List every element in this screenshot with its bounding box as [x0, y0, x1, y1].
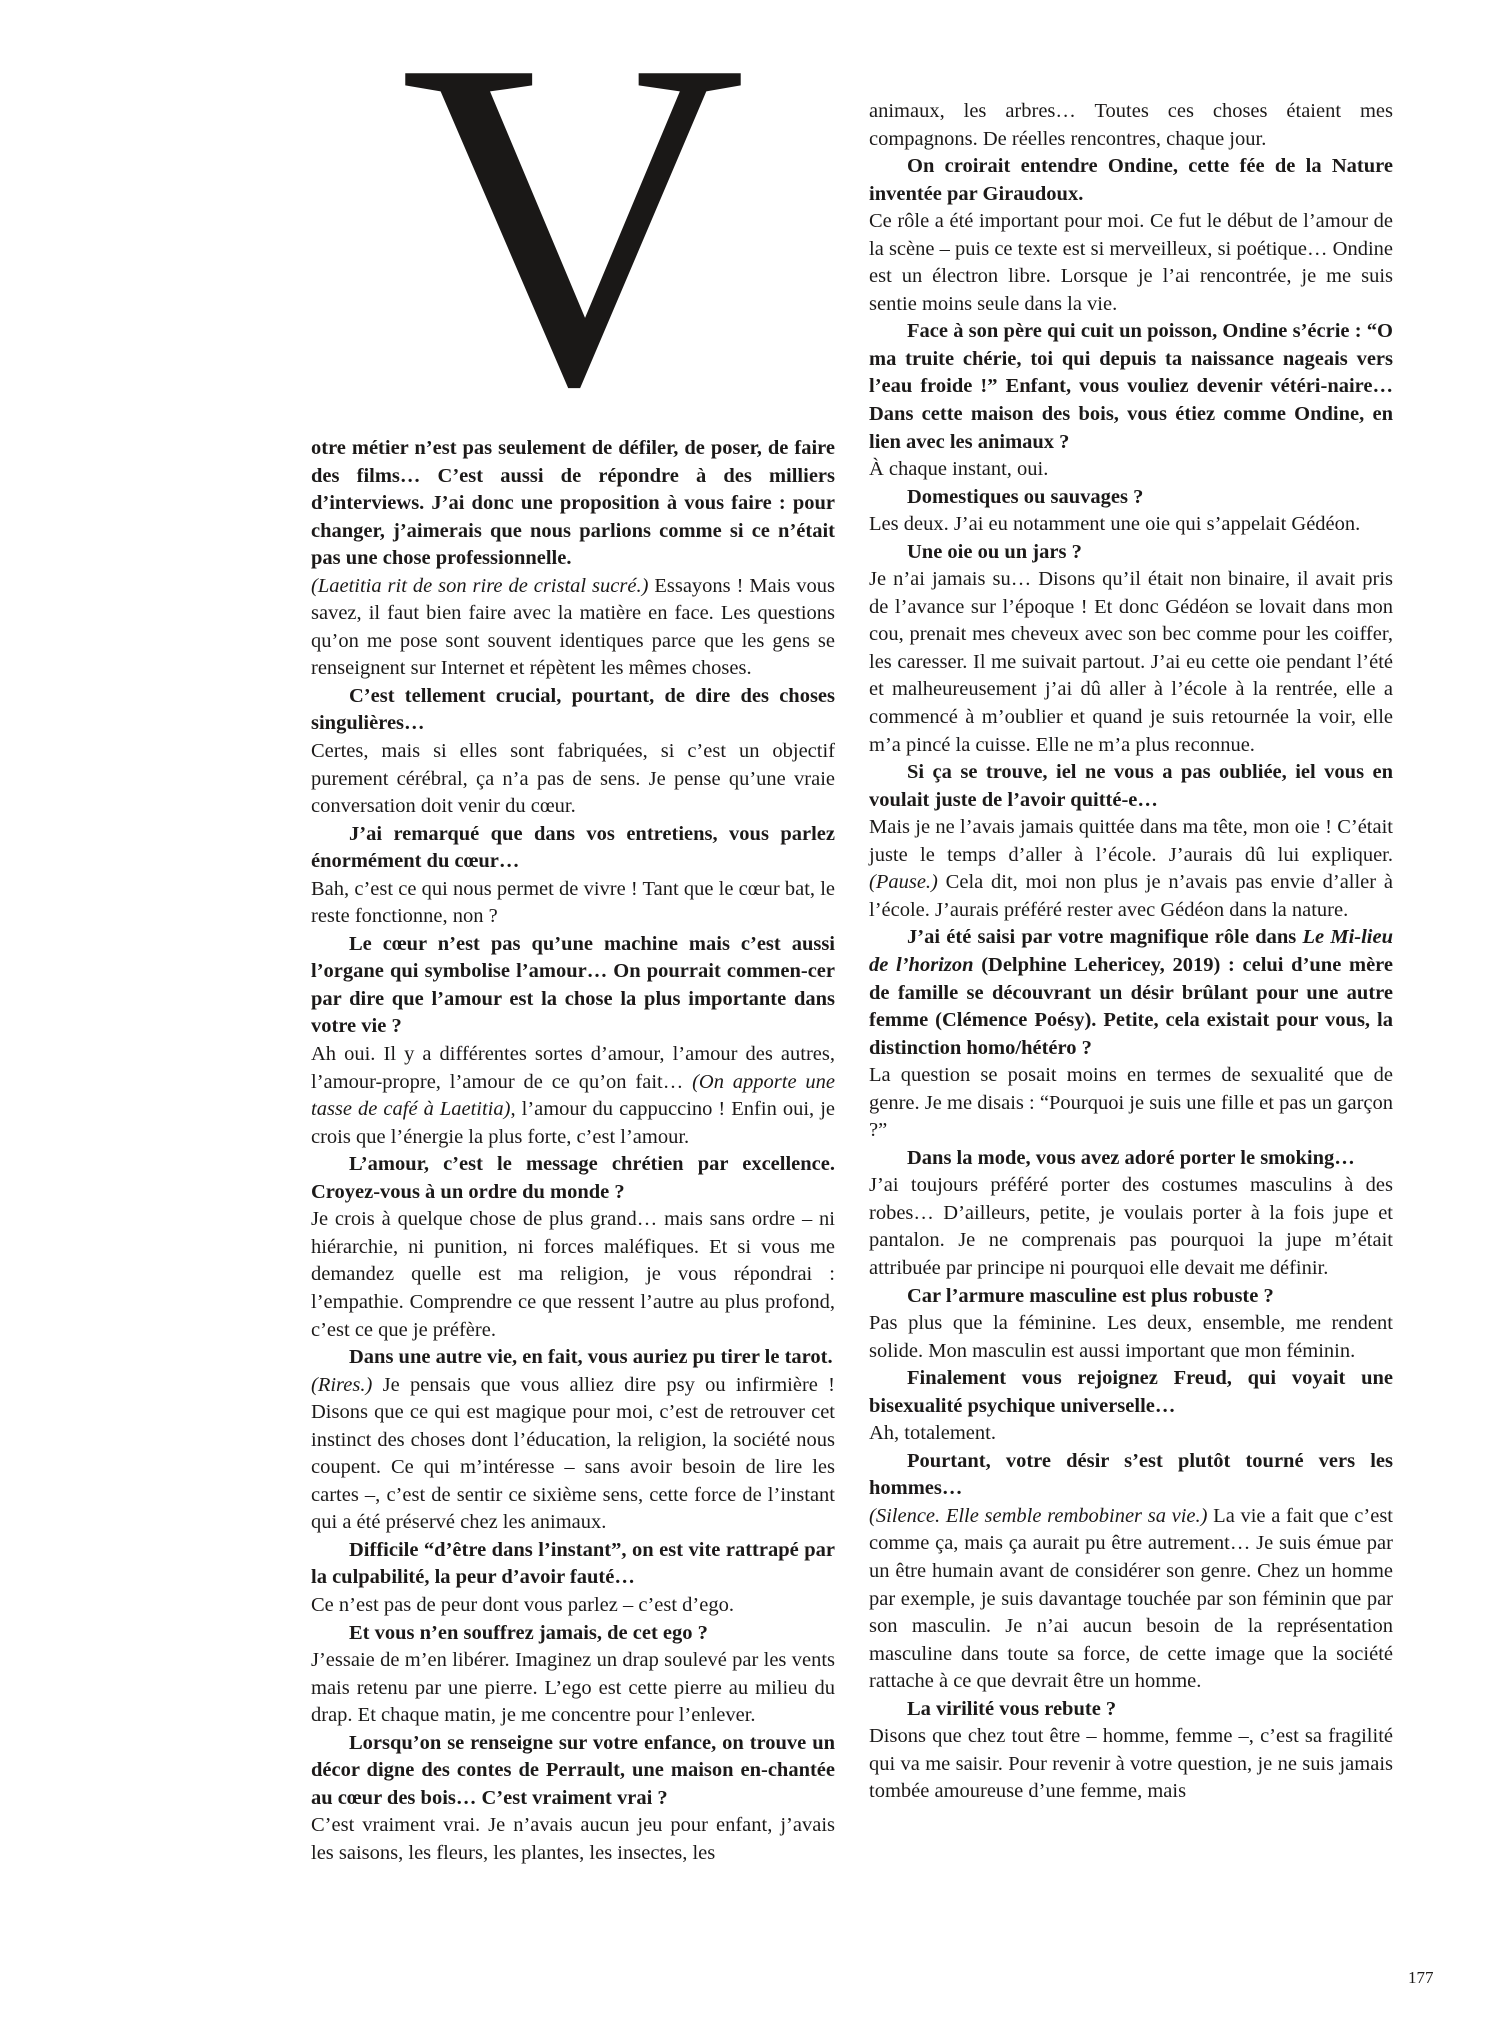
- interview-question: J’ai été saisi par votre magnifique rôle…: [869, 924, 1393, 1062]
- interview-question: Face à son père qui cuit un poisson, Ond…: [869, 318, 1393, 456]
- interview-question: Difficile “d’être dans l’instant”, on es…: [311, 1537, 835, 1592]
- interview-answer: (Laetitia rit de son rire de cristal suc…: [311, 573, 835, 683]
- stage-direction: (Pause.): [869, 871, 938, 893]
- stage-direction: (Laetitia rit de son rire de cristal suc…: [311, 575, 648, 597]
- interview-question: J’ai remarqué que dans vos entretiens, v…: [311, 821, 835, 876]
- interview-question: Pourtant, votre désir s’est plutôt tourn…: [869, 1448, 1393, 1503]
- interview-answer: Ah, totalement.: [869, 1420, 1393, 1448]
- interview-question: otre métier n’est pas seulement de défil…: [311, 435, 835, 573]
- interview-answer: (Silence. Elle semble rembobiner sa vie.…: [869, 1503, 1393, 1696]
- interview-question: Domestiques ou sauvages ?: [869, 484, 1393, 512]
- magazine-page: V otre métier n’est pas seulement de déf…: [0, 0, 1500, 2036]
- stage-direction: (Rires.): [311, 1374, 372, 1396]
- drop-cap-letter: V: [395, 18, 752, 428]
- interview-answer: J’ai toujours préféré porter des costume…: [869, 1172, 1393, 1282]
- interview-answer: Ce rôle a été important pour moi. Ce fut…: [869, 208, 1393, 318]
- interview-question: Dans la mode, vous avez adoré porter le …: [869, 1145, 1393, 1173]
- right-column: animaux, les arbres… Toutes ces choses é…: [869, 98, 1393, 1806]
- interview-answer: Bah, c’est ce qui nous permet de vivre !…: [311, 876, 835, 931]
- interview-answer: La question se posait moins en termes de…: [869, 1062, 1393, 1145]
- interview-answer: Les deux. J’ai eu notamment une oie qui …: [869, 511, 1393, 539]
- interview-question: Car l’armure masculine est plus robuste …: [869, 1283, 1393, 1311]
- interview-question: On croirait entendre Ondine, cette fée d…: [869, 153, 1393, 208]
- left-column: otre métier n’est pas seulement de défil…: [311, 435, 835, 1867]
- interview-answer: animaux, les arbres… Toutes ces choses é…: [869, 98, 1393, 153]
- interview-question: Finalement vous rejoignez Freud, qui voy…: [869, 1365, 1393, 1420]
- interview-question: Une oie ou un jars ?: [869, 539, 1393, 567]
- interview-question: La virilité vous rebute ?: [869, 1696, 1393, 1724]
- interview-answer: C’est vraiment vrai. Je n’avais aucun je…: [311, 1812, 835, 1867]
- interview-answer: Certes, mais si elles sont fabriquées, s…: [311, 738, 835, 821]
- interview-answer: Je n’ai jamais su… Disons qu’il était no…: [869, 566, 1393, 759]
- interview-answer: À chaque instant, oui.: [869, 456, 1393, 484]
- interview-answer: J’essaie de m’en libérer. Imaginez un dr…: [311, 1647, 835, 1730]
- interview-question: Le cœur n’est pas qu’une machine mais c’…: [311, 931, 835, 1041]
- interview-answer: Mais je ne l’avais jamais quittée dans m…: [869, 814, 1393, 924]
- page-number: 177: [1408, 1968, 1434, 1988]
- interview-answer: (Rires.) Je pensais que vous alliez dire…: [311, 1372, 835, 1537]
- interview-question: L’amour, c’est le message chrétien par e…: [311, 1151, 835, 1206]
- interview-answer: Pas plus que la féminine. Les deux, ense…: [869, 1310, 1393, 1365]
- interview-answer: Disons que chez tout être – homme, femme…: [869, 1723, 1393, 1806]
- interview-question: Et vous n’en souffrez jamais, de cet ego…: [311, 1620, 835, 1648]
- stage-direction: (Silence. Elle semble rembobiner sa vie.…: [869, 1505, 1207, 1527]
- interview-answer: Ah oui. Il y a différentes sortes d’amou…: [311, 1041, 835, 1151]
- interview-question: Dans une autre vie, en fait, vous auriez…: [311, 1344, 835, 1372]
- interview-question: Si ça se trouve, iel ne vous a pas oubli…: [869, 759, 1393, 814]
- interview-answer: Je crois à quelque chose de plus grand… …: [311, 1206, 835, 1344]
- interview-answer: Ce n’est pas de peur dont vous parlez – …: [311, 1592, 835, 1620]
- interview-question: C’est tellement crucial, pourtant, de di…: [311, 683, 835, 738]
- interview-question: Lorsqu’on se renseigne sur votre enfance…: [311, 1730, 835, 1813]
